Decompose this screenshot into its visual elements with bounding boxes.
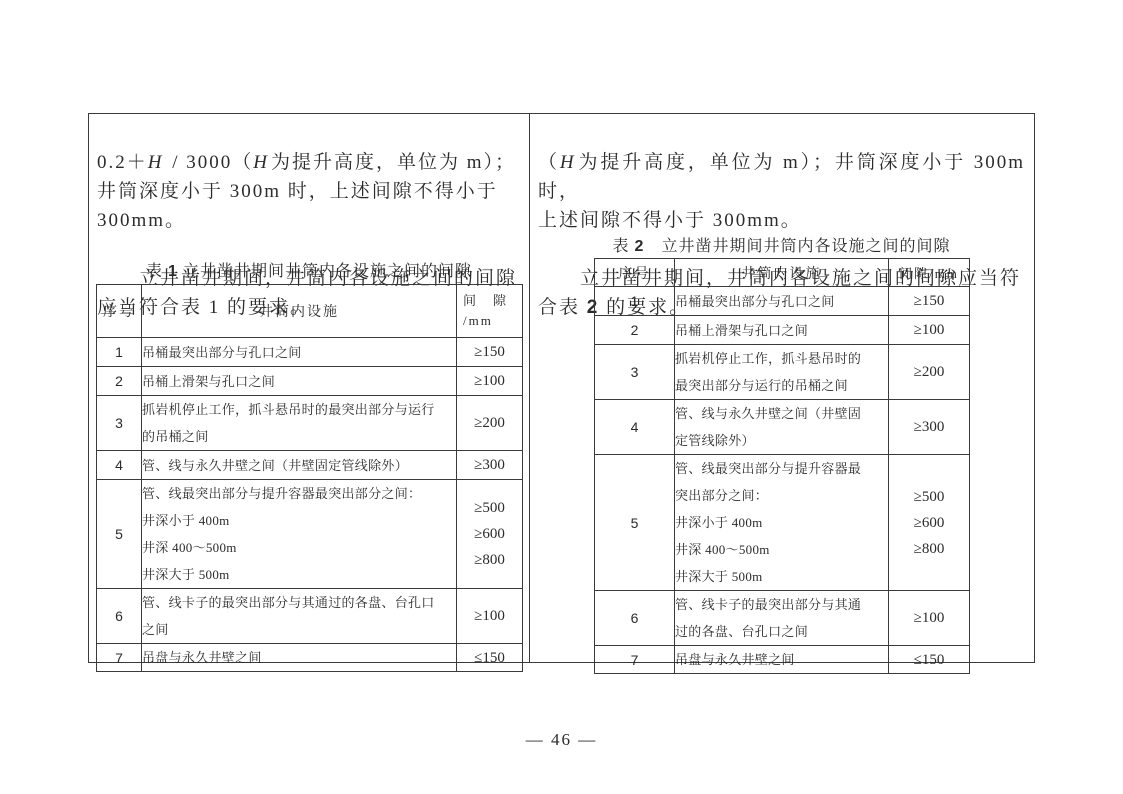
facility-cell: 吊盘与永久井壁之间 — [142, 644, 457, 672]
clearance-value: ≥300 — [457, 452, 522, 478]
facility-line: 定管线除外） — [675, 427, 888, 454]
clearance-value: ≤150 — [889, 647, 969, 673]
header-seq-number: 序号 — [595, 259, 675, 287]
facility-line: 最突出部分与运行的吊桶之间 — [675, 372, 888, 399]
row-number-cell: 2 — [595, 316, 675, 345]
table1-caption: 表 1 立井凿井期间井筒内各设施之间的间隙 — [89, 261, 529, 283]
facility-line: 井深小于 400m — [675, 509, 888, 536]
clearance-table-2: 序号井筒内设施间隙/mm1吊桶最突出部分与孔口之间≥1502吊桶上滑架与孔口之间… — [594, 258, 970, 674]
facility-line: 井深 400～500m — [142, 534, 456, 561]
clearance-value: ≥150 — [457, 339, 522, 365]
row-number-cell: 5 — [595, 455, 675, 591]
facility-line: 突出部分之间： — [675, 482, 888, 509]
table-row: 5管、线最突出部分与提升容器最突出部分之间：井深小于 400m井深 400～50… — [97, 480, 523, 589]
header-shaft-facility: 井筒内设施 — [675, 259, 889, 287]
clearance-value-cell: ≥300 — [889, 400, 970, 455]
facility-cell: 管、线最突出部分与提升容器最突出部分之间：井深小于 400m井深 400～500… — [675, 455, 889, 591]
clearance-table-1: 序号井筒内设施间 隙/mm1吊桶最突出部分与孔口之间≥1502吊桶上滑架与孔口之… — [96, 284, 523, 672]
clearance-value: ≥100 — [457, 368, 522, 394]
facility-line: 抓岩机停止工作，抓斗悬吊时的 — [675, 345, 888, 372]
row-number-cell: 7 — [595, 646, 675, 674]
clearance-value-cell: ≥500≥600≥800 — [889, 455, 970, 591]
table-row: 6管、线卡子的最突出部分与其通过的各盘、台孔口之间≥100 — [97, 589, 523, 644]
table-row: 1吊桶最突出部分与孔口之间≥150 — [97, 338, 523, 367]
variable-symbol: H — [148, 152, 166, 173]
paragraph-clearance-formula-cont: （H为提升高度，单位为 m）；井筒深度小于 300m 时， 上述间隙不得小于 3… — [538, 148, 1025, 235]
table-row: 2吊桶上滑架与孔口之间≥100 — [97, 367, 523, 396]
clearance-value: ≥800 — [889, 536, 969, 562]
facility-line: 吊桶上滑架与孔口之间 — [142, 368, 456, 395]
clearance-value: ≥200 — [889, 359, 969, 385]
facility-line: 过的各盘、台孔口之间 — [675, 618, 888, 645]
facility-line: 吊盘与永久井壁之间 — [675, 646, 888, 673]
table-header-row: 序号井筒内设施间隙/mm — [595, 259, 970, 287]
clearance-value: ≥500 — [889, 484, 969, 510]
table-row: 3抓岩机停止工作，抓斗悬吊时的最突出部分与运行的吊桶之间≥200 — [595, 345, 970, 400]
facility-line: 井深 400～500m — [675, 536, 888, 563]
text-run: （ — [538, 152, 560, 173]
row-number-cell: 1 — [595, 287, 675, 316]
facility-line: 之间 — [142, 616, 456, 643]
clearance-value-cell: ≥500≥600≥800 — [457, 480, 523, 589]
table-row: 4管、线与永久井壁之间（井壁固定管线除外）≥300 — [97, 451, 523, 480]
clearance-value: ≤150 — [457, 645, 522, 671]
header-line: 间 隙 — [463, 291, 516, 311]
row-number-cell: 6 — [595, 591, 675, 646]
facility-cell: 吊桶最突出部分与孔口之间 — [675, 287, 889, 316]
text-run: 立井凿井期间井筒内各设施之间的间隙 — [644, 238, 950, 255]
text-run: 表 — [613, 238, 635, 255]
content-frame: 0.2＋H / 3000（H为提升高度，单位为 m）； 井筒深度小于 300m … — [88, 113, 1035, 663]
facility-line: 吊盘与永久井壁之间 — [142, 644, 456, 671]
table2-caption: 表 2 立井凿井期间井筒内各设施之间的间隙 — [530, 236, 1033, 258]
variable-symbol: H — [253, 152, 271, 173]
facility-cell: 吊桶上滑架与孔口之间 — [675, 316, 889, 345]
clearance-value-cell: ≤150 — [457, 644, 523, 672]
facility-cell: 管、线与永久井壁之间（井壁固定管线除外） — [142, 451, 457, 480]
facility-line: 抓岩机停止工作，抓斗悬吊时的最突出部分与运行 — [142, 396, 456, 423]
facility-line: 吊桶最突出部分与孔口之间 — [675, 288, 888, 315]
clearance-value: ≥100 — [889, 605, 969, 631]
header-line: 间隙/mm — [889, 263, 969, 282]
facility-line: 管、线最突出部分与提升容器最突出部分之间： — [142, 480, 456, 507]
clearance-value: ≥100 — [457, 603, 522, 629]
row-number-cell: 4 — [595, 400, 675, 455]
text-run: 为提升高度，单位为 m）；井筒深度小于 300m 时， 上述间隙不得小于 300… — [538, 152, 1025, 231]
facility-cell: 抓岩机停止工作，抓斗悬吊时的最突出部分与运行的吊桶之间 — [142, 396, 457, 451]
paragraph-clearance-formula: 0.2＋H / 3000（H为提升高度，单位为 m）； 井筒深度小于 300m … — [97, 148, 521, 235]
clearance-value: ≥800 — [457, 547, 522, 573]
table-header-row: 序号井筒内设施间 隙/mm — [97, 285, 523, 338]
facility-cell: 抓岩机停止工作，抓斗悬吊时的最突出部分与运行的吊桶之间 — [675, 345, 889, 400]
clearance-value-cell: ≥200 — [889, 345, 970, 400]
clearance-value-cell: ≥150 — [457, 338, 523, 367]
facility-cell: 吊桶上滑架与孔口之间 — [142, 367, 457, 396]
header-line: /mm — [463, 311, 516, 331]
facility-line: 管、线卡子的最突出部分与其通 — [675, 591, 888, 618]
facility-cell: 管、线最突出部分与提升容器最突出部分之间：井深小于 400m井深 400～500… — [142, 480, 457, 589]
text-run: / 3000（ — [166, 152, 254, 173]
table-row: 2吊桶上滑架与孔口之间≥100 — [595, 316, 970, 345]
header-seq-number: 序号 — [97, 285, 142, 338]
clearance-value: ≥600 — [457, 521, 522, 547]
page-number: — 46 — — [0, 730, 1123, 750]
clearance-value-cell: ≥100 — [889, 591, 970, 646]
facility-cell: 管、线卡子的最突出部分与其通过的各盘、台孔口之间 — [675, 591, 889, 646]
clearance-value-cell: ≥200 — [457, 396, 523, 451]
variable-symbol: H — [560, 152, 578, 173]
clearance-value: ≥200 — [457, 410, 522, 436]
header-clearance-mm: 间隙/mm — [889, 259, 970, 287]
clearance-value: ≥150 — [889, 288, 969, 314]
row-number-cell: 4 — [97, 451, 142, 480]
header-shaft-facility: 井筒内设施 — [142, 285, 457, 338]
header-clearance-mm: 间 隙/mm — [457, 285, 523, 338]
row-number-cell: 7 — [97, 644, 142, 672]
facility-line: 井深小于 400m — [142, 507, 456, 534]
clearance-value-cell: ≥100 — [889, 316, 970, 345]
text-run: 1 — [168, 263, 178, 280]
facility-line: 吊桶最突出部分与孔口之间 — [142, 339, 456, 366]
clearance-value: ≥100 — [889, 317, 969, 343]
facility-line: 管、线与永久井壁之间（井壁固 — [675, 400, 888, 427]
table-row: 3抓岩机停止工作，抓斗悬吊时的最突出部分与运行的吊桶之间≥200 — [97, 396, 523, 451]
facility-cell: 吊桶最突出部分与孔口之间 — [142, 338, 457, 367]
clearance-value-cell: ≥300 — [457, 451, 523, 480]
facility-cell: 管、线与永久井壁之间（井壁固定管线除外） — [675, 400, 889, 455]
document-page: 0.2＋H / 3000（H为提升高度，单位为 m）； 井筒深度小于 300m … — [0, 0, 1123, 794]
row-number-cell: 6 — [97, 589, 142, 644]
clearance-value: ≥600 — [889, 510, 969, 536]
facility-cell: 管、线卡子的最突出部分与其通过的各盘、台孔口之间 — [142, 589, 457, 644]
facility-line: 管、线与永久井壁之间（井壁固定管线除外） — [142, 452, 456, 479]
row-number-cell: 1 — [97, 338, 142, 367]
table-row: 7吊盘与永久井壁之间≤150 — [595, 646, 970, 674]
facility-line: 管、线最突出部分与提升容器最 — [675, 455, 888, 482]
clearance-value-cell: ≤150 — [889, 646, 970, 674]
row-number-cell: 3 — [595, 345, 675, 400]
facility-line: 吊桶上滑架与孔口之间 — [675, 317, 888, 344]
text-run: 0.2＋ — [97, 152, 148, 173]
facility-line: 井深大于 500m — [675, 563, 888, 590]
table-row: 1吊桶最突出部分与孔口之间≥150 — [595, 287, 970, 316]
table-row: 7吊盘与永久井壁之间≤150 — [97, 644, 523, 672]
table-row: 5管、线最突出部分与提升容器最突出部分之间：井深小于 400m井深 400～50… — [595, 455, 970, 591]
facility-line: 管、线卡子的最突出部分与其通过的各盘、台孔口 — [142, 589, 456, 616]
clearance-value-cell: ≥150 — [889, 287, 970, 316]
facility-cell: 吊盘与永久井壁之间 — [675, 646, 889, 674]
table-row: 4管、线与永久井壁之间（井壁固定管线除外）≥300 — [595, 400, 970, 455]
table-row: 6管、线卡子的最突出部分与其通过的各盘、台孔口之间≥100 — [595, 591, 970, 646]
text-run: 表 — [146, 263, 168, 280]
text-run: 立井凿井期间井筒内各设施之间的间隙 — [178, 263, 472, 280]
facility-line: 的吊桶之间 — [142, 423, 456, 450]
clearance-value: ≥500 — [457, 495, 522, 521]
clearance-value-cell: ≥100 — [457, 367, 523, 396]
clearance-value: ≥300 — [889, 414, 969, 440]
row-number-cell: 2 — [97, 367, 142, 396]
row-number-cell: 3 — [97, 396, 142, 451]
right-column: （H为提升高度，单位为 m）；井筒深度小于 300m 时， 上述间隙不得小于 3… — [530, 114, 1033, 662]
left-column: 0.2＋H / 3000（H为提升高度，单位为 m）； 井筒深度小于 300m … — [89, 114, 529, 662]
clearance-value-cell: ≥100 — [457, 589, 523, 644]
text-run: 2 — [635, 238, 645, 255]
facility-line: 井深大于 500m — [142, 561, 456, 588]
row-number-cell: 5 — [97, 480, 142, 589]
